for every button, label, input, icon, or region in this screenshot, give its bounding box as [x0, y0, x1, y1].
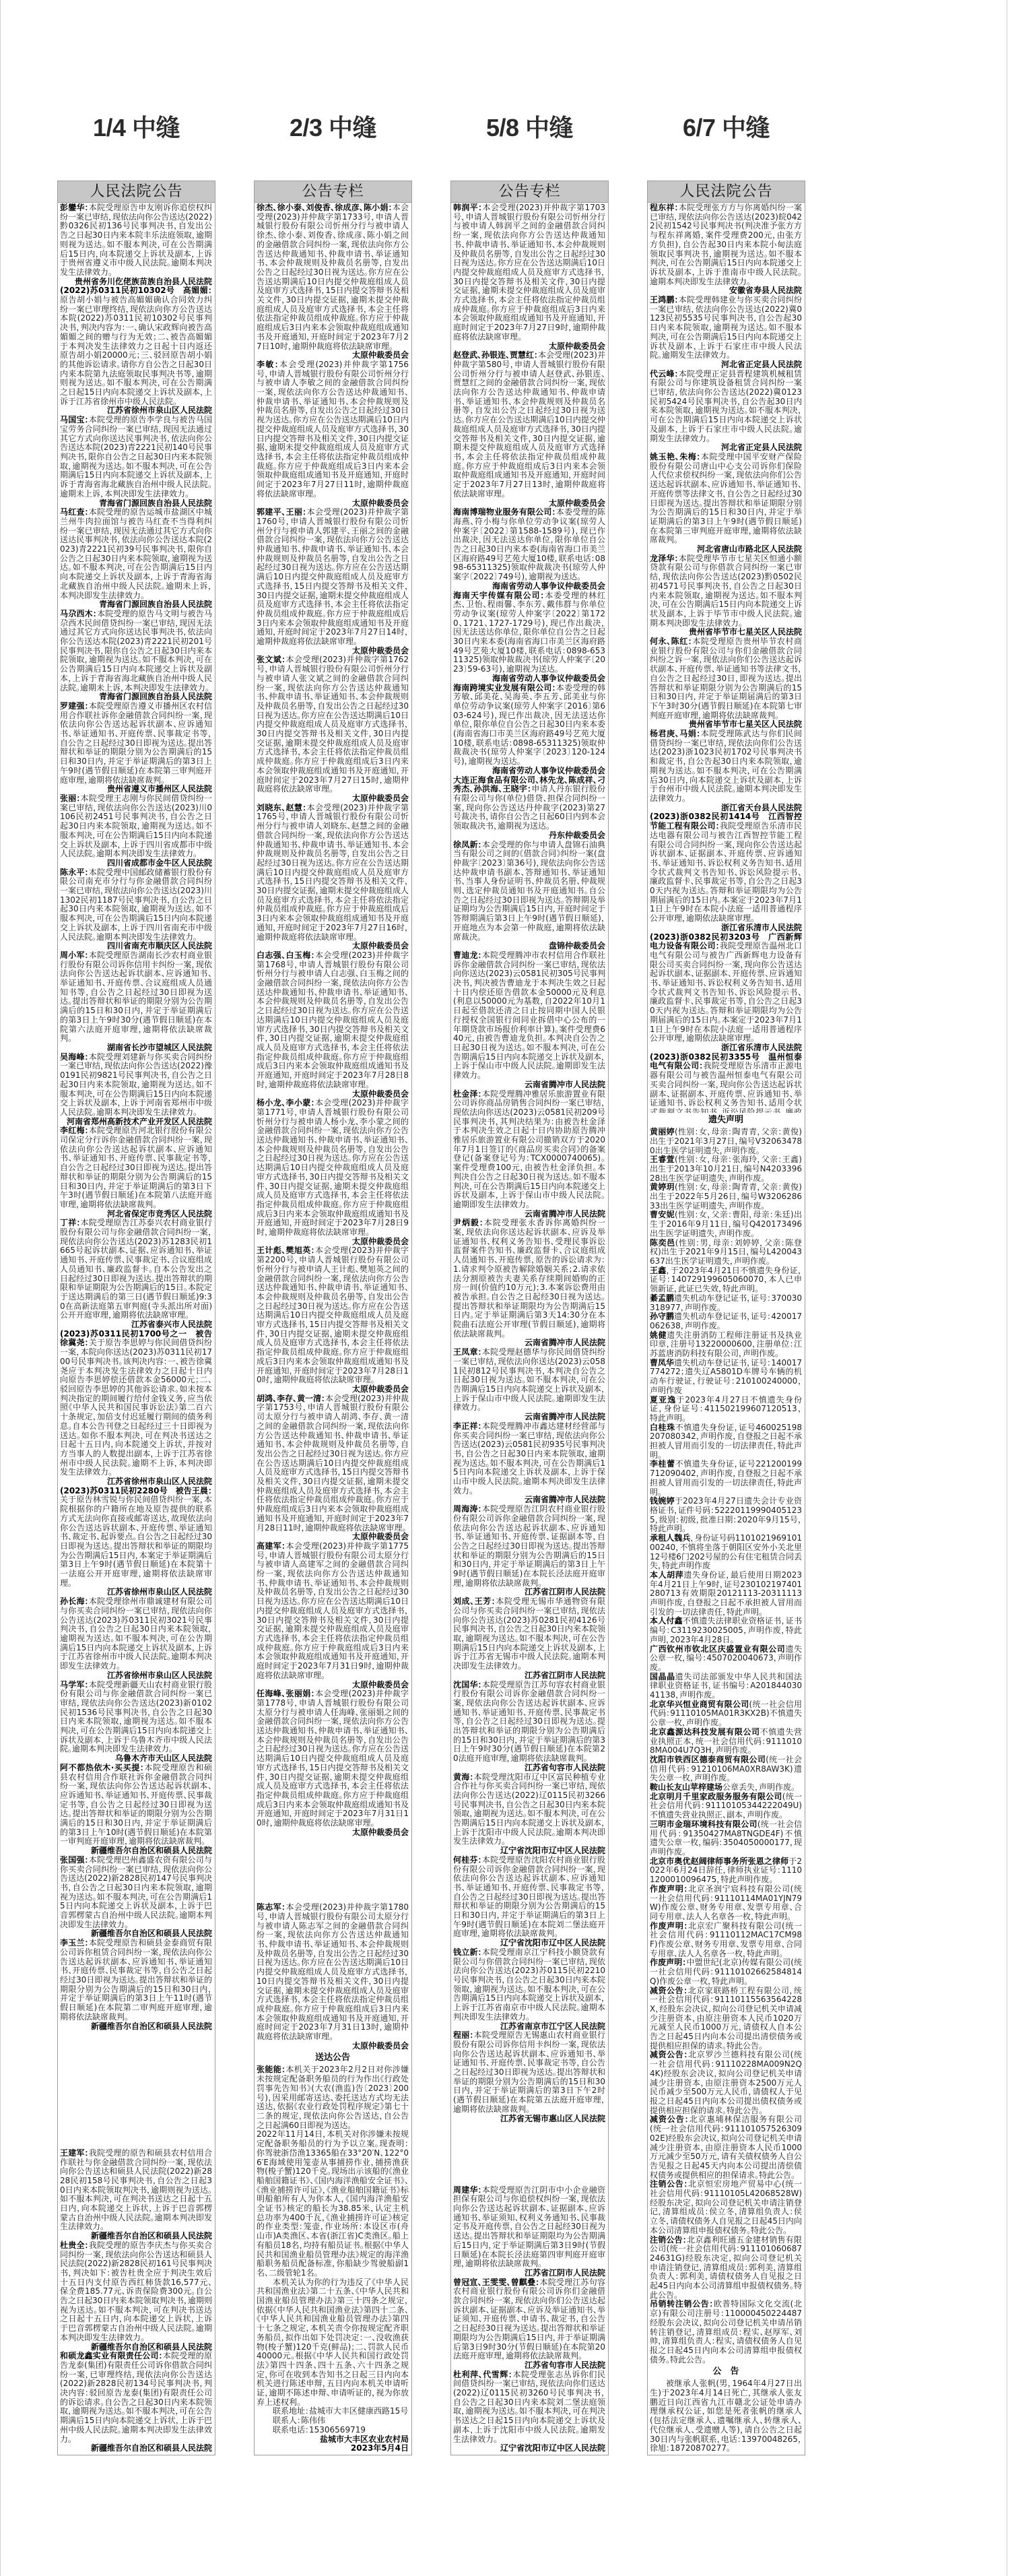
notice-party: 何桂芬：: [453, 1855, 482, 1865]
notice-party: 张国强：: [60, 1855, 89, 1865]
notice-party: 本人胡萍: [650, 1570, 683, 1580]
notice-issuer: 太原仲裁委员会: [257, 1385, 409, 1394]
notice-party: 胡鸿、李存、黄一清：: [257, 1394, 325, 1403]
notice-item: 白桂珠不慎遗失身份证，证号460025198207080342，声明作废，自登报…: [650, 1423, 802, 1460]
notice-item: 杨小龙、李小蒙：本会受理(2023)并仲裁字第1771号，申请人晋城银行股份有限…: [257, 1099, 409, 1237]
notice-issuer: 贵州省遵义市播州区人民法院: [60, 785, 212, 794]
notice-text: 公章丢失，声明作废。: [722, 1782, 795, 1792]
notice-text: 本院受理原告沈阳农村商业银行股份有限公司诉你金融借款合同纠纷一案，现依法向你公告…: [453, 1855, 605, 1939]
notice-issuer: 太原仲裁委员会: [257, 794, 409, 804]
notice-text: 本院受理巴州鑫盛农资有限公司与你买卖合同纠纷一案已审结，现依法向你公告送达(20…: [60, 1855, 212, 1929]
section-heading: 公 告: [650, 2364, 802, 2379]
notice-item: 北京市奥优赵阔律师事务所张恩之律师于2022年6月24日辞任，律师执业证号：11…: [650, 1857, 802, 1885]
notice-text: 本会受理(2023)并仲裁字第1780号，申请人晋城银行股份有限公司太原分行与被…: [257, 1902, 409, 2041]
notice-party: 张丽：: [60, 794, 81, 803]
notice-item: 代云峰：本院受理正定县晋程建筑机械租赁有限公司与你建筑设备租赁合同纠纷一案已审结…: [650, 370, 802, 444]
notice-item: 何桂芬：本院受理原告沈阳农村商业银行股份有限公司诉你金融借款合同纠纷一案，现依法…: [453, 1856, 605, 1939]
notice-list: 程东祥：本院受理张方方与你离婚纠纷一案已审结，现依法向你公告送达(2023)皖0…: [650, 203, 802, 1113]
notice-issuer: 四川省成都市金牛区人民法院: [60, 859, 212, 868]
notice-party: 赵登武、孙银连、贾慧红：: [453, 350, 538, 360]
notice-issuer: 江苏省句容市人民法院: [453, 1764, 605, 1773]
notice-item: 丁祥：本院受理原告江苏泰兴农村商业银行股份有限公司与你金融借款合同纠纷一案，现依…: [60, 1219, 212, 1320]
notice-issuer: 河北省唐山市路北区人民法院: [650, 545, 802, 554]
notice-text: 本院受理原告江苏泰兴农村商业银行股份有限公司与你金融借款合同纠纷一案，现依法向你…: [60, 1218, 212, 1320]
notice-text: 本院受理韩建业与你买卖合同纠纷一案已审结，依法向你公告送达(2022)冀0123…: [650, 295, 802, 360]
column-header: 人民法院公告: [648, 181, 805, 203]
notice-party: 阿不都热依木·买买提：: [60, 1763, 145, 1772]
notice-party: (2023)苏0311民初2280号 被告王晨：: [60, 1486, 212, 1495]
notice-text: 本会受理的你与申请人盘锦石油典当有限公司之间的《借款合同》纠纷一案(盘仲裁字〔2…: [453, 840, 605, 942]
notice-item: 罗建强：本院受理原告遵义市播州区农村信用合作联社诉你金融借款合同纠纷一案，现依法…: [60, 702, 212, 785]
notice-issuer: 新疆维吾尔自治区和硕县人民法院: [60, 2444, 212, 2453]
notice-issuer: 海南省劳动人事争议仲裁委员会: [453, 674, 605, 684]
notice-party: 海南博瑞物业服务有限公司：: [453, 507, 556, 517]
seam-label-6-7: 6/7 中缝: [647, 113, 805, 143]
notice-issuer: 河北省正定县人民法院: [650, 443, 802, 453]
notice-item: 马尕西木：本院受理的原告马文明与被告马尕西木民间借贷纠纷一案已审结，现因无法通过…: [60, 610, 212, 693]
notice-text: 本院受理原告无锡惠山农村商业银行股份有限公司诉你信用卡纠纷一案，现依法向你公告送…: [453, 2030, 605, 2114]
notice-issuer: 太原仲裁委员会: [257, 1828, 409, 1838]
notice-party: 作废声明：: [650, 1921, 688, 1931]
notice-text: 本机关认为你的行为违反了《中华人民共和国渔业法》第二十五条、《中华人民共和国渔业…: [257, 2278, 409, 2407]
notice-list: 彭鑾华：本院受理原告申友刚诉你追偿权纠纷一案已审结，现依法向你公告送达(2022…: [60, 203, 212, 2149]
notice-text: ，于2023年4月21日不慎遗失身份证，证号：14072919960506007…: [650, 1266, 802, 1293]
notice-issuer: 江苏省无锡市惠山区人民法院: [453, 2115, 605, 2124]
column-header: 公告专栏: [255, 181, 411, 203]
notice-text: 联系人：陈伟伟: [273, 2416, 325, 2425]
notice-list-end: 陈志军：本会受理(2023)并仲裁字第1780号，申请人晋城银行股份有限公司太原…: [257, 1903, 409, 2453]
notice-item: 马国宝：本院受理的原告李学良与被告马国宝劳务合同纠纷一案已审结，现因无法通过其它…: [60, 416, 212, 498]
notice-item: 陈永平：本院受理中国邮政储蓄银行股份有限公司南充市分行与你金融借款合同纠纷一案已…: [60, 868, 212, 942]
notice-item: 海南博瑞物业服务有限公司：本委受理的陈海燕、符小梅与你单位劳动争议案(琼劳人仲案…: [453, 508, 605, 582]
notice-party: 张文斌：: [257, 655, 286, 664]
notice-text: 关于原告李思婷与你民间借贷纠纷一案，本院向你送达(2023)苏0311民初170…: [60, 1338, 212, 1477]
notice-party: 马学军：: [60, 1680, 89, 1689]
column-court-notices-right: 人民法院公告 程东祥：本院受理张方方与你离婚纠纷一案已审结，现依法向你公告送达(…: [647, 181, 805, 2455]
notice-text: 本委受理的韩芳敏、邱美花、吴海英、李五芳、邱美业与你单位劳动争议案(琼劳人仲案字…: [453, 683, 605, 767]
notice-item: 王睿萱(性别：女，母亲：张海玲，父亲：王鑫)出生于2013年10月21日，编号N…: [650, 1155, 802, 1183]
notice-item: (2023)浙0382民初3355号 温州恒泰电气有限公司：我院受理原告乐清市正…: [650, 1053, 802, 1113]
notice-party: 陈奕邑: [650, 1238, 675, 1248]
notice-text: 本院受理中国平安财产保险股份有限公司唐山中心支公司诉你们保险人代位求偿权纠纷一案…: [650, 452, 802, 544]
seam-label-2-3: 2/3 中缝: [254, 113, 412, 143]
notice-party: 马尕西木：: [60, 609, 97, 618]
notice-item: 曹凤华遗失机动车登记证书，证号：140017774272；遗失辽A5801D车牌…: [650, 1359, 802, 1396]
notice-item: 韩润平：本会受理(2023)并仲裁字第1703号，申请人晋城银行股份有限公司忻州…: [453, 203, 605, 342]
notice-party: 姚玉艳、朱梅：: [650, 452, 701, 461]
notice-party: 钱立新：: [453, 1947, 482, 1957]
notice-text: 本院受理腾冲市鑫达建材经营部与你买卖合同纠纷一案已审结，现依法向你公告送达(20…: [453, 1421, 605, 1495]
notice-issuer: 辽宁省沈阳市辽中区人民法院: [453, 1846, 605, 1856]
notice-item: 张国强：本院受理巴州鑫盛农资有限公司与你买卖合同纠纷一案已审结，现依法向你公告送…: [60, 1856, 212, 1930]
notice-item: 李正祥：本院受理腾冲市鑫达建材经营部与你买卖合同纠纷一案已审结，现依法向你公告送…: [453, 1422, 605, 1496]
notice-item: 注销公告：北京恒宏房地产贸易中心(统一社会信用代码：91110105L42068…: [650, 2180, 802, 2235]
notice-text: 本会受理(2023)并仲裁字第1771号，申请人晋城银行股份有限公司忻州分行与被…: [257, 1098, 409, 1237]
notice-party: 曹凤华: [650, 1358, 674, 1367]
notice-item: 黄海：本院受理沈阳市辽中区富民种植专业合作社与你买卖合同纠纷一案已审结，现依法向…: [453, 1773, 605, 1847]
notice-paragraph: 2022年11月14日，本机关对你涉嫌未按规定配备职务船员的行为予以立案。现查明…: [257, 2130, 409, 2278]
notice-item: 高建军：本会受理(2023)并仲裁字第1775号，申请人晋城银行股份有限公司太原…: [257, 1542, 409, 1681]
notice-item: 减资公告：北京罗沙兰德科技有限公司(统一社会信用代码：91110228MA009…: [650, 2051, 802, 2115]
notice-issuer: 太原仲裁委员会: [257, 351, 409, 360]
notice-text: 我院受理的原告李庆杰与你买卖合同纠纷一案，现依法向你公告送达和硕县人民法院(20…: [60, 2241, 212, 2342]
notice-text: 原告胡小娟与被告高媚媚确认合同效力纠纷一案已审理终结，现依法向你方公告送达本院(…: [60, 295, 212, 406]
notice-text: 本院受理的原告李学良与被告马国宝劳务合同纠纷一案已审结，现因无法通过其它方式向你…: [60, 415, 212, 498]
notice-list: 韩润平：本会受理(2023)并仲裁字第1703号，申请人晋城银行股份有限公司忻州…: [453, 203, 605, 2186]
notice-text: 本院受理原告贵州毕节农村商业银行股份有限公司与你们金融借款合同纠纷之诉一案，现依…: [650, 637, 802, 720]
column-title: 人民法院公告: [679, 183, 772, 200]
notice-issuer: 辽宁省沈阳市辽中区人民法院: [453, 1939, 605, 1948]
notice-item: 夏亚逸于2023年4月27日不慎遗失身份证，身份证号：4115021996071…: [650, 1396, 802, 1423]
notice-issuer: 江苏省徐州市泉山区人民法院: [60, 1671, 212, 1681]
notice-party: 国晶晶: [650, 1672, 675, 1681]
notice-text: 本院受理原告河北银行股份有限公司保定分行诉你金融借款合同纠纷一案，现依法向你公告…: [60, 1126, 212, 1209]
notice-item: 王计彪、樊旭英：本会受理(2023)并仲裁字第2200号，申请人晋城银行股份有限…: [257, 1246, 409, 1385]
notice-item: 本人胡萍遗失身份证，最后使用日期2023年4月21日上午9时，证号2301021…: [650, 1571, 802, 1617]
notice-list-end: 王建军：我院受理的原告和硕县农村信用合作联社与你金融借款合同纠纷一案，现依法向你…: [60, 2149, 212, 2453]
notice-text: 本会受理(2023)并仲裁字第580号，申请人晋城银行股份有限公司忻州分行与被申…: [453, 350, 605, 498]
notice-item: 何永、陈红：本院受理原告贵州毕节农村商业银行股份有限公司与你们金融借款合同纠纷之…: [650, 637, 802, 720]
notice-text: 本院受理原告湖南长沙农村商业银行股份有限公司诉你信用卡纠纷一案，现依法向你公告送…: [60, 951, 212, 1043]
notice-issuer: 江苏省江阴市人民法院: [453, 1671, 605, 1681]
notice-party: 彭鑾华：: [60, 203, 89, 212]
notice-item: 沈阳市铁西区德泰商贸有限公司(统一社会信用代码：91210106MA0XR8AW…: [650, 1756, 802, 1783]
notice-text: 本院受理张永香诉你离婚纠纷一案，现依法向你送达起诉状副本、应诉及举证通知书、权利…: [453, 1218, 605, 1338]
notice-party: 夏亚逸: [650, 1395, 676, 1405]
notice-text: 本委受理的林红杰、卫怡、程雨馨、李东芳、戴伟群与你单位劳动争议案(琼劳人仲案字〔…: [453, 591, 605, 674]
notice-party: 杜利萍、代雪辉：: [453, 2370, 512, 2379]
notice-text: 本院受理腾冲市农村信用合作联社诉你金融借款合同纠纷一案已审结，现依法向你送达(2…: [453, 951, 605, 1080]
notice-party: 徐凤新：: [453, 840, 482, 849]
notice-party: 王睿萱: [650, 1155, 675, 1164]
notice-item: 马学军：本院受理新疆天山农村商业银行股份有限公司与你金融借款合同纠纷一案已审结，…: [60, 1681, 212, 1755]
notice-party: 减资公告：: [650, 2115, 689, 2124]
notice-item: 杨君庚、马娟：本院受理陈武达与你们民间借贷纠纷一案已审结，现依法向你们公告送达(…: [650, 730, 802, 804]
notice-item: 周小军：本院受理原告湖南长沙农村商业银行股份有限公司诉你信用卡纠纷一案，现依法向…: [60, 951, 212, 1043]
notice-party: 何永、陈红：: [650, 637, 692, 646]
notice-party: 北京市奥优赵阔律师事务所张恩之律师: [650, 1857, 788, 1866]
column-title: 人民法院公告: [90, 183, 182, 200]
seam-label-1-4: 1/4 中缝: [57, 113, 215, 143]
notice-party: 龙泽华：: [650, 554, 679, 563]
notice-item: (2023)浙0382民初3203号 广西新辉电力设备有限公司：我院受理原告温州…: [650, 933, 802, 1043]
notice-party: 杨小龙、李小蒙：: [257, 1098, 315, 1107]
notice-party: 王计彪、樊旭英：: [257, 1246, 315, 1255]
notice-item: 减资公告：北京惠埔林保洁服务有限公司(统一社会信用代码：911101057526…: [650, 2115, 802, 2180]
notice-party: 钱婉婷: [650, 1496, 675, 1506]
notice-party: 海南天宇传媒有限公司：: [453, 591, 545, 600]
notice-party: 注销公告：: [650, 2179, 688, 2189]
notice-item: (2023)苏0311民初1700号之一 被告徐冀尧：关于原告李思婷与你民间借贷…: [60, 1330, 212, 1477]
notice-text: 本院受理中国邮政储蓄银行股份有限公司南充市分行与你金融借款合同纠纷一案已审结，现…: [60, 868, 212, 942]
notice-text: 本院受理新疆天山农村商业银行股份有限公司与你金融借款合同纠纷一案已审结，现依法向…: [60, 1680, 212, 1754]
notice-item: 承租人魏兵，身份证号码110102196910100240，不慎将坐落于朝阳区安…: [650, 1534, 802, 1571]
notice-text: 本院受理张方方与你离婚纠纷一案已审结，现依法向你公告送达(2023)皖0422民…: [650, 203, 802, 286]
notice-text: 本院受理原告和硕县金泰商贸有限公司诉你租赁合同纠纷一案，现依法向你公告送达起诉状…: [60, 1938, 212, 2022]
notice-text: 北京鑫利旺通五金建材销售有限公司(统一社会信用代码：91110106068724…: [650, 2235, 802, 2300]
notice-paragraph: 联系电话：15306569719: [257, 2426, 409, 2435]
column-body: 程东祥：本院受理张方方与你离婚纠纷一案已审结，现依法向你公告送达(2023)皖0…: [648, 203, 805, 2455]
notice-text: 本院受理张志丛诉你们民间借贷纠纷一案已审结，现依法向你们送达(2022)辽011…: [453, 2370, 605, 2444]
notice-item: 曹迪龙：本院受理腾冲市农村信用合作联社诉你金融借款合同纠纷一案已审结，现依法向你…: [453, 951, 605, 1081]
notice-party: 孙守鹏: [650, 1312, 674, 1321]
notice-text: 本会受理(2023)并仲裁字第1756号，申请人晋城银行股份有限公司忻州分行与被…: [257, 360, 409, 498]
notice-party: 作废声明：: [650, 1958, 687, 1967]
notice-item: (2022)苏0311民初10302号 高媚媚：原告胡小娟与被告高媚媚确认合同效…: [60, 286, 212, 406]
notice-text: 本会受理(2023)并仲裁字第1778号，申请人晋城银行股份有限公司太原分行与被…: [257, 1689, 409, 1828]
notice-item: 广西钦州市钦北区庆盛置业有限公司遗失公章一枚，编号：4507020040673，…: [650, 1645, 802, 1673]
notice-party: 张能能：: [257, 2065, 285, 2074]
notice-text: 本院受理的原告马文明与被告马尕西木民间借贷纠纷一案已审结，现因无法通过其它方式向…: [60, 609, 212, 693]
notice-party: 李玉兰：: [60, 1938, 89, 1947]
notice-party: 李正祥：: [453, 1421, 482, 1431]
notice-party: 曾冠宣、王雯雯、曾麒叠：: [453, 2278, 540, 2287]
notice-item: 北京明月千里家政服务服务有限公司(统一社会信用代码：91110105344222…: [650, 1793, 802, 1820]
section-heading: 遗失声明: [650, 1113, 802, 1128]
column-announcements-b: 公告专栏 韩润平：本会受理(2023)并仲裁字第1703号，申请人晋城银行股份有…: [450, 181, 609, 2455]
notice-item: 孙长海：本院受理徐州市鼎诚建材有限公司与你买卖合同纠纷一案已审结，现依法向你公告…: [60, 1597, 212, 1671]
notice-text: 被继承人张帆(男，1964年4月27日出生)于2023年4月14日死亡，其继承人…: [650, 2379, 802, 2453]
column-announcements-a: 公告专栏 徐杰、徐小泰、刘俊香、徐成彦、陈小娟：本会受理(2023)并仲裁字第1…: [254, 181, 412, 2455]
notice-party: 北京华兴恒业商贸有限公司: [650, 1700, 749, 1709]
notice-item: 任海峰、张丽娟：本会受理(2023)并仲裁字第1778号，申请人晋城银行股份有限…: [257, 1689, 409, 1828]
notice-text: 联系电话：15306569719: [273, 2425, 366, 2435]
notice-issuer: 丹东仲裁委员会: [453, 831, 605, 841]
notice-text: 本院受理南京江宁科技小额贷款有限公司与你借款合同纠纷一案已审结，现依法向你公告送…: [453, 1947, 605, 2022]
notice-issuer: 太原仲裁委员会: [257, 942, 409, 951]
notice-party: 曹迪龙：: [453, 951, 482, 960]
notice-item: 王鸿鹏：本院受理韩建业与你买卖合同纠纷一案已审结，依法向你公告送达(2022)冀…: [650, 296, 802, 360]
notice-item: 曹安妮(性别：女，父亲：曹阳，母亲：朱廷)出生于2016年9月11日，编号Q42…: [650, 1211, 802, 1238]
notice-item: 李桂蕾不慎遗失身份证，证号221200199712090402，声明作废，自登报…: [650, 1460, 802, 1497]
notice-party: 李红梅：: [60, 1126, 89, 1135]
notice-party: 周小军：: [60, 951, 89, 960]
notice-item: 刘晓东、赵慧：本会受理(2023)并仲裁字第1765号，申请人晋城银行股份有限公…: [257, 804, 409, 942]
notice-party: (2022)苏0311民初10302号 高媚媚：: [60, 286, 212, 295]
notice-issuer: 江苏省句容市人民法院: [453, 2361, 605, 2371]
notice-item: 大连正海食品有限公司、林先龙、陈成祥、刁秀杰、孙洪海、王晓宇：申请人丹东银行股份…: [453, 776, 605, 831]
notice-party: 韩润平：: [453, 203, 483, 212]
notice-party: 杨君庚、马娟：: [650, 729, 701, 738]
notice-item: 三明市金瑞环境科技有限公司(统一社会信用代码：91350427MA8TNGDE4…: [650, 1820, 802, 1857]
notice-item: 赵登武、孙银连、贾慧红：本会受理(2023)并仲裁字第580号，申请人晋城银行股…: [453, 351, 605, 498]
notice-issuer: 太原仲裁委员会: [257, 2042, 409, 2051]
notice-item: 黄婷玥(性别：女，母亲：陶青青，父亲：黄俊)出生于2022年5月26日，编号W3…: [650, 1183, 802, 1211]
notice-text: 本院受理刘建新与你买卖合同纠纷一案已审结，现依法向你公告送达(2022)豫019…: [60, 1052, 212, 1117]
notice-item: 王凤章：本院受理赵德华与你民间借贷纠纷一案已审结，现依法向你送达(2023)云0…: [453, 1348, 605, 1413]
notice-text: 本机关于2023年2月2日对你涉嫌未按规定配备职务船员的行为作出《行政处罚事先告…: [257, 2065, 409, 2129]
notice-item: 张能能：本机关于2023年2月2日对你涉嫌未按规定配备职务船员的行为作出《行政处…: [257, 2065, 409, 2130]
notice-issuer: 湖南省长沙市望城区人民法院: [60, 1043, 212, 1053]
notice-party: 陈永平：: [60, 868, 89, 877]
notice-text: 本院受理原告江苏句容农村商业银行股份有限公司诉你金融借款合同纠纷一案，现依法向你…: [453, 1680, 605, 1764]
column-body: 彭鑾华：本院受理原告申友刚诉你追偿权纠纷一案已审结，现依法向你公告送达(2022…: [58, 203, 215, 2455]
notice-text: 北京罗沙兰德科技有限公司(统一社会信用代码：91110228MA009N2Q4K…: [650, 2050, 802, 2115]
column-body: 徐杰、徐小泰、刘俊香、徐成彦、陈小娟：本会受理(2023)并仲裁字第1733号，…: [255, 203, 411, 2455]
notice-text: 本院受理沈阳市辽中区富民种植专业合作社与你买卖合同纠纷一案已审结，现依法向你公告…: [453, 1772, 605, 1846]
notice-party: 刘成、王芳：: [453, 1597, 496, 1606]
notice-party: 李敏：: [257, 360, 279, 369]
notice-text: 我院受理的原告和硕县农村信用合作联社与你金融借款合同纠纷一案，现依法向你公告送达…: [60, 2148, 212, 2232]
notice-text: 本院受理原告江阴市中小企业融资担保有限公司与你追偿权纠纷一案，现依法向你公告送达…: [453, 2185, 605, 2269]
notice-text: 本会受理(2023)并仲裁字第1762号，申请人晋城银行股份有限公司忻州分行与被…: [257, 655, 409, 794]
notice-item: 本人付鑫不慎遗失法律职业资格证书，证书编号：C3119230025005，声明作…: [650, 1617, 802, 1644]
notice-item: 胡鸿、李存、黄一清：本会受理(2023)并仲裁字第1753号，申请人晋城银行股份…: [257, 1394, 409, 1533]
column-header: 公告专栏: [451, 181, 608, 203]
notice-issuer: 浙江省乐清市人民法院: [650, 1043, 802, 1053]
notice-party: 郭建平、王丽：: [257, 507, 307, 517]
notice-text: 本院受理正定县晋程建筑机械租赁有限公司与你建筑设备租赁合同纠纷一案已审结，依法向…: [650, 369, 802, 443]
notice-issuer: 四川省南充市顺庆区人民法院: [60, 942, 212, 951]
notice-text: 本院受理原告和硕县农村信用合作联社诉你金融借款合同纠纷一案，现依法向你公告送达起…: [60, 1763, 212, 1846]
notice-party: 高建军：: [257, 1541, 286, 1551]
notice-issuer: 辽宁省沈阳市辽中区人民法院: [453, 2444, 605, 2453]
notice-party: 刘晓东、赵慧：: [257, 803, 307, 812]
notice-party: 曹安妮: [650, 1210, 675, 1219]
section-heading: 送达公告: [257, 2051, 409, 2065]
notice-party: 吴海峰：: [60, 1052, 89, 1062]
notice-party: 马红查：: [60, 507, 89, 517]
notice-party: 姚健: [650, 1330, 667, 1340]
notice-item: 杜贵全：我院受理的原告李庆杰与你买卖合同纠纷一案，现依法向你公告送达和硕县人民法…: [60, 2241, 212, 2343]
notice-text: 我院受理原告乐清市民达电器有限公司与被告江西智控节能工程有限公司合同纠纷一案，现…: [650, 821, 802, 923]
notice-text: 本院受理的原告运城市盐湖区中城兰州牛肉拉面馆与被告马红查不当得利纠纷一案已审结，…: [60, 507, 212, 600]
notice-item: 綦孟鹏遗失机动车登记证书，证号：370030318977，声明作废。: [650, 1294, 802, 1312]
notice-item: 和硕龙鑫实业有限责任公司：本院受理的原告龙泰(集团)有限责任公司诉你借款合同纠纷…: [60, 2352, 212, 2444]
notice-paragraph: 本机关认为你的行为违反了《中华人民共和国渔业法》第二十五条、《中华人民共和国渔业…: [257, 2278, 409, 2408]
notice-item: 陈志军：本会受理(2023)并仲裁字第1780号，申请人晋城银行股份有限公司太原…: [257, 1903, 409, 2042]
notice-item: 刘成、王芳：本院受理无锡市华通物资有限公司与你买卖合同纠纷一案已审结，现依法向你…: [453, 1597, 605, 1671]
notice-item: 作废声明：北京圣润宁宸科技有限公司(统一社会信用代码：91110114MA01Y…: [650, 1885, 802, 1922]
notice-item: 龙泽华：本院受理毕节市七星关区恒通小额贷款有限公司与你借款合同纠纷一案已审结，现…: [650, 554, 802, 629]
notice-text: 本院受理原告申友刚诉你追偿权纠纷一案已审结，现依法向你公告送达(2022)黔03…: [60, 203, 212, 277]
notice-text: 本会受理(2023)并仲裁字第1765号，申请人晋城银行股份有限公司忻州分行与被…: [257, 803, 409, 942]
notice-item: 周海涛：本院受理原告江阴农村商业银行股份有限公司诉你金融借款合同纠纷一案，现依法…: [453, 1505, 605, 1588]
notice-item: 沈国华：本院受理原告江苏句容农村商业银行股份有限公司诉你金融借款合同纠纷一案，现…: [453, 1681, 605, 1764]
notice-text: 本会受理(2023)并仲裁字第1703号，申请人晋城银行股份有限公司忻州分行与被…: [453, 203, 605, 342]
notice-text: 本会受理(2023)并仲裁字第1733号，申请人晋城银行股份有限公司忻州分行与被…: [257, 203, 409, 351]
column-title: 公告专栏: [302, 183, 364, 200]
notice-item: (2023)浙0382民初1414号 江西智控节能工程有限公司：我院受理原告乐清…: [650, 812, 802, 923]
notice-issuer: 盘锦仲裁委员会: [453, 942, 605, 951]
notice-party: 和硕龙鑫实业有限责任公司：: [60, 2351, 163, 2360]
notice-party: 代云峰：: [650, 369, 679, 379]
notice-party: 沈阳市铁西区德泰商贸有限公司: [650, 1755, 766, 1764]
notice-party: 李桂蕾: [650, 1459, 675, 1469]
notice-party: 周海涛：: [453, 1504, 482, 1514]
notice-party: 吊销转注销公告：: [650, 2299, 714, 2309]
notice-issuer: 青海省门源回族自治县人民法院: [60, 693, 212, 702]
notice-text: 本会受理(2023)并仲裁字第2200号，申请人晋城银行股份有限公司忻州分行与被…: [257, 1246, 409, 1384]
notice-item: 王鑫，于2023年4月21日不慎遗失身份证，证号：140729199605060…: [650, 1266, 802, 1294]
notice-item: 北京鑫源达科技发展有限公司不慎遗失营业执照正本，统一社会信用代码：9111010…: [650, 1728, 802, 1756]
notice-party: 本人付鑫: [650, 1616, 683, 1625]
notice-item: 程丽：本院受理原告无锡惠山农村商业银行股份有限公司诉你信用卡纠纷一案，现依法向你…: [453, 2031, 605, 2114]
notice-party: 黄婷玥: [650, 1182, 675, 1192]
notice-text: 2022年11月14日，本机关对你涉嫌未按规定配备职务船员的行为予以立案。现查明…: [257, 2129, 409, 2278]
notice-issuer: 江苏省江阴市人民法院: [453, 2269, 605, 2278]
notice-issuer: 乌鲁木齐市天山区人民法院: [60, 1754, 212, 1764]
notice-issuer: 新疆维吾尔自治区和硕县人民法院: [60, 1846, 212, 1856]
column-header: 人民法院公告: [58, 181, 215, 203]
notice-issuer: 贵州省毕节市七星关区人民法院: [650, 628, 802, 637]
notice-item: 白志强、白玉梅：本会受理(2023)并仲裁字第1768号，申请人晋城银行股份有限…: [257, 951, 409, 1090]
notice-party: 广西钦州市钦北区庆盛置业有限公司: [650, 1644, 785, 1654]
notice-party: 马国宝：: [60, 415, 89, 424]
notice-issuer: 河北省正定县人民法院: [650, 360, 802, 370]
notice-item: 郭建平、王丽：本会受理(2023)并仲裁字第1760号，申请人晋城银行股份有限公…: [257, 508, 409, 647]
notice-text: 欧普特国际文化交流(北京)有限公司注册号：110000450224487经股东会…: [650, 2299, 802, 2364]
column-title: 公告专栏: [498, 183, 560, 200]
notice-party: 黄丽婷: [650, 1127, 675, 1136]
notice-item: 徐凤新：本会受理的你与申请人盘锦石油典当有限公司之间的《借款合同》纠纷一案(盘仲…: [453, 841, 605, 942]
notice-party: 罗建强：: [60, 701, 89, 711]
notice-party: 白志强、白玉梅：: [257, 951, 315, 960]
notice-text: 本院受理赵德华与你民间借贷纠纷一案已审结，现依法向你送达(2023)云0581民…: [453, 1347, 605, 1412]
notice-item: 姚玉艳、朱梅：本院受理中国平安财产保险股份有限公司唐山中心支公司诉你们保险人代位…: [650, 453, 802, 545]
notice-party: 任海峰、张丽娟：: [257, 1689, 315, 1698]
notice-party: 减资公告：: [650, 1986, 688, 1995]
notice-item: (2023)苏0311民初2280号 被告王晨：关于原告林雪锐与你民间借贷纠纷一…: [60, 1487, 212, 1588]
notice-text: 我院受理原告温州北口电气有限公司与被告广西新辉电力设备有限公司买卖合同纠纷一案，…: [650, 941, 802, 1043]
notice-list: 徐杰、徐小泰、刘俊香、徐成彦、陈小娟：本会受理(2023)并仲裁字第1733号，…: [257, 203, 409, 1903]
column-body: 韩润平：本会受理(2023)并仲裁字第1703号，申请人晋城银行股份有限公司忻州…: [451, 203, 608, 2455]
notice-party: 程丽：: [453, 2030, 474, 2040]
notice-issuer: 江苏省徐州市泉山区人民法院: [60, 1477, 212, 1487]
notice-text: 遗失注册消防工程师注册证书及执业印章，注册号13220000600，注册单位：江…: [650, 1330, 802, 1358]
notice-item: 马红查：本院受理的原告运城市盐湖区中城兰州牛肉拉面馆与被告马红查不当得利纠纷一案…: [60, 508, 212, 600]
notice-item: 杜金泽：本院受理腾冲雅居乐旅游置业有限公司诉你商品房销售合同纠纷一案已审结，现依…: [453, 1090, 605, 1210]
notice-item: 徐杰、徐小泰、刘俊香、徐成彦、陈小娟：本会受理(2023)并仲裁字第1733号，…: [257, 203, 409, 351]
notice-party: 徐杰、徐小泰、刘俊香、徐成彦、陈小娟：: [257, 203, 393, 212]
notice-item: 减资公告：北京家联路桥工程有限公司，统一社会信用代码：9111011556356…: [650, 1987, 802, 2051]
notice-item: 李玉兰：本院受理原告和硕县金泰商贸有限公司诉你租赁合同纠纷一案，现依法向你公告送…: [60, 1939, 212, 2022]
notice-text: 本会受理(2023)并仲裁字第1775号，申请人晋城银行股份有限公司太原分行与被…: [257, 1541, 409, 1680]
notice-party: 尹炳毅：: [453, 1218, 484, 1227]
notice-paragraph: 被继承人张帆(男，1964年4月27日出生)于2023年4月14日死亡，其继承人…: [650, 2379, 802, 2453]
notice-text: 本院受理的原告龙泰(集团)有限责任公司诉你借款合同纠纷一案，已审理终结，现依法向…: [60, 2351, 212, 2443]
notice-text: 联系地址：盐城市大丰区健康西路15号: [273, 2406, 408, 2416]
notice-item: 尹炳毅：本院受理张永香诉你离婚纠纷一案，现依法向你送达起诉状副本、应诉及举证通知…: [453, 1219, 605, 1339]
notice-item: 周建华：本院受理原告江阴市中小企业融资担保有限公司与你追偿权纠纷一案，现依法向你…: [453, 2186, 605, 2269]
notice-text: 本院受理徐州市鼎诚建材有限公司与你买卖合同纠纷一案已审结，现依法向你公告送达(2…: [60, 1597, 212, 1671]
notice-item: 张文斌：本会受理(2023)并仲裁字第1762号，申请人晋城银行股份有限公司忻州…: [257, 655, 409, 794]
signature-line: 2023年5月4日: [257, 2444, 409, 2453]
notice-issuer: 云南省腾冲市人民法院: [453, 1081, 605, 1090]
notice-text: 本院受理无锡市华通物资有限公司与你买卖合同纠纷一案已审结，现依法向你公告送达(2…: [453, 1597, 605, 1671]
notice-party: 减资公告：: [650, 2050, 688, 2059]
notice-party: 程东祥：: [650, 203, 679, 212]
notice-party: 孙长海：: [60, 1597, 89, 1606]
notice-item: 孙守鹏遗失机动车登记证书，证号：420017062638，声明作废。: [650, 1312, 802, 1330]
notice-item: 李敏：本会受理(2023)并仲裁字第1756号，申请人晋城银行股份有限公司忻州分…: [257, 360, 409, 499]
notice-item: 姚健遗失注册消防工程师注册证书及执业印章，注册号13220000600，注册单位…: [650, 1331, 802, 1359]
notice-issuer: 浙江省乐清市人民法院: [650, 924, 802, 933]
notice-item: 曾冠宣、王雯雯、曾麒叠：本院受理江苏句容农村商业银行股份有限公司诉你们金融借款合…: [453, 2278, 605, 2361]
notice-item: 国晶晶遗失司法部颁发中华人民共和国法律职业资格证书，证书编号：A20184403…: [650, 1673, 802, 1700]
notice-party: 沈国华：: [453, 1680, 482, 1689]
notice-party: 注销公告：: [650, 2235, 687, 2245]
notice-party: 白桂珠: [650, 1423, 675, 1432]
notice-party: 北京明月千里家政服务服务有限公司: [650, 1792, 782, 1801]
notice-issuer: 太原仲裁委员会: [257, 1533, 409, 1542]
notice-item: 王建军：我院受理的原告和硕县农村信用合作联社与你金融借款合同纠纷一案，现依法向你…: [60, 2149, 212, 2232]
notice-list-end: 遗失声明黄丽婷(性别：女，母亲：陶青青，父亲：黄俊)出生于2021年3月27日，…: [650, 1113, 802, 2453]
notice-party: 黄海：: [453, 1772, 474, 1782]
notice-item: 吴海峰：本院受理刘建新与你买卖合同纠纷一案已审结，现依法向你公告送达(2022)…: [60, 1053, 212, 1118]
notice-item: 陈奕邑(性别：男，母亲：刘婷婷，父亲：陈登权)出生于2021年9月15日，编号L…: [650, 1239, 802, 1266]
notice-text: 本院受理毕节市七星关区恒通小额贷款有限公司与你借款合同纠纷一案已审结，现依法向你…: [650, 554, 802, 628]
